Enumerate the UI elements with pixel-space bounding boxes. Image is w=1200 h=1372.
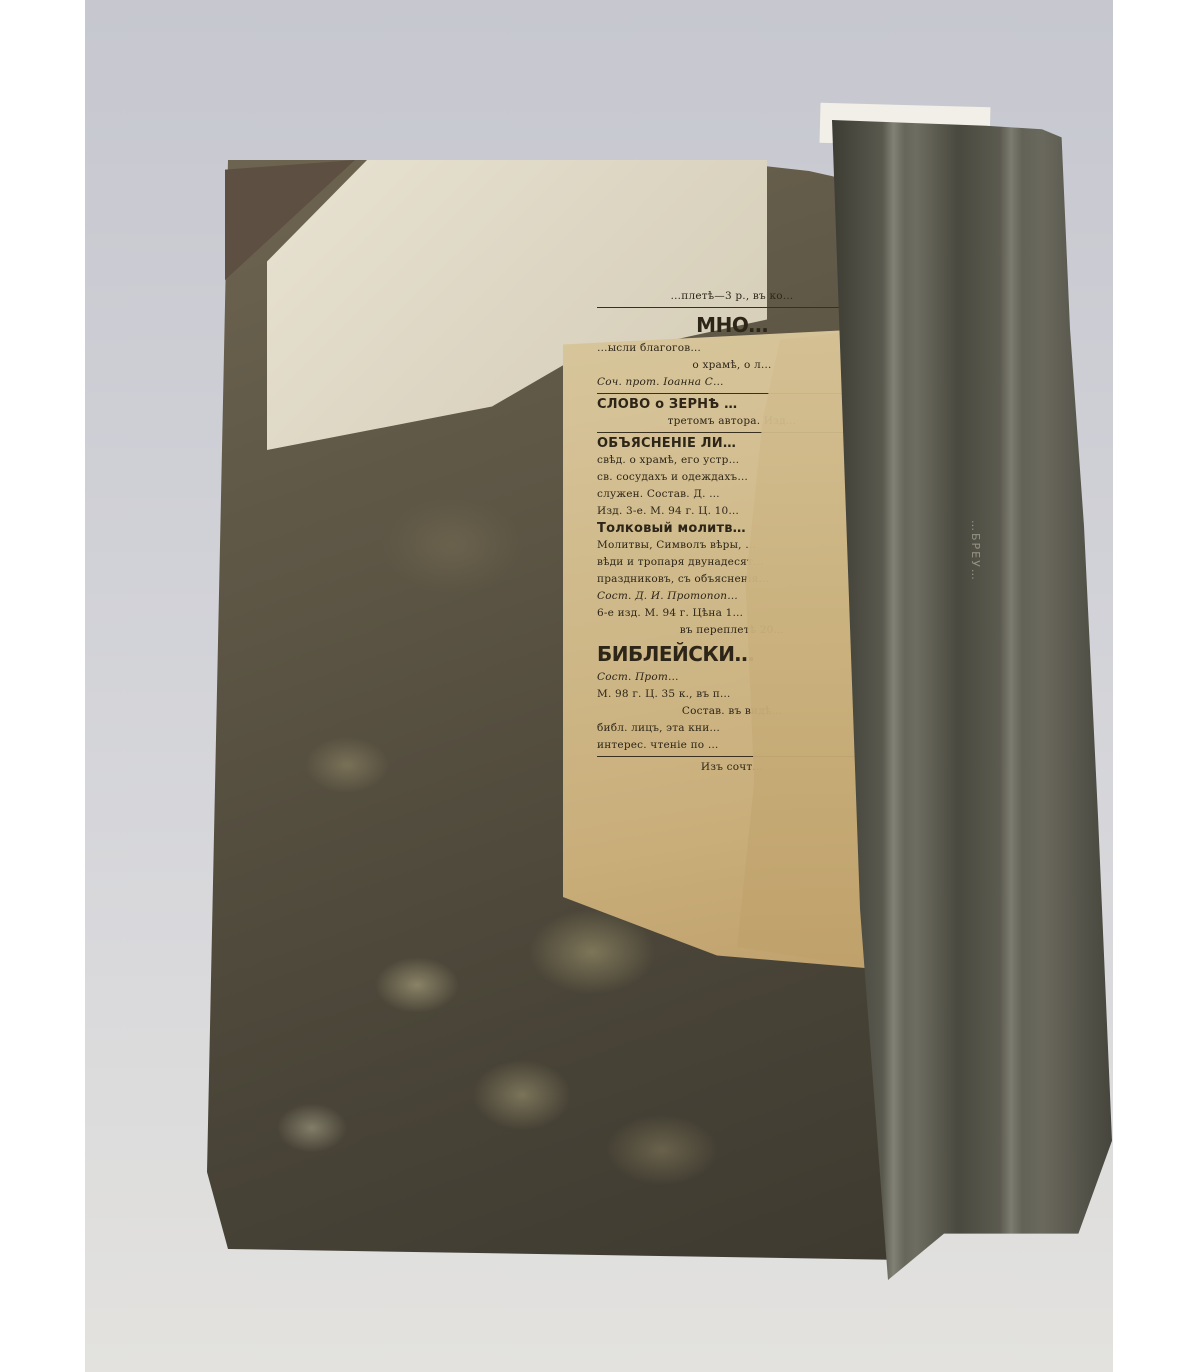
- divider: [597, 307, 867, 308]
- label-top-line: …плетѣ—3 р., въ ко…: [597, 288, 867, 305]
- book-photo: …плетѣ—3 р., въ ко… МНО… …ысли благогов……: [85, 0, 1113, 1372]
- book: …плетѣ—3 р., въ ко… МНО… …ысли благогов……: [207, 120, 1112, 1280]
- spine-title: …БРЕУ…: [969, 520, 982, 582]
